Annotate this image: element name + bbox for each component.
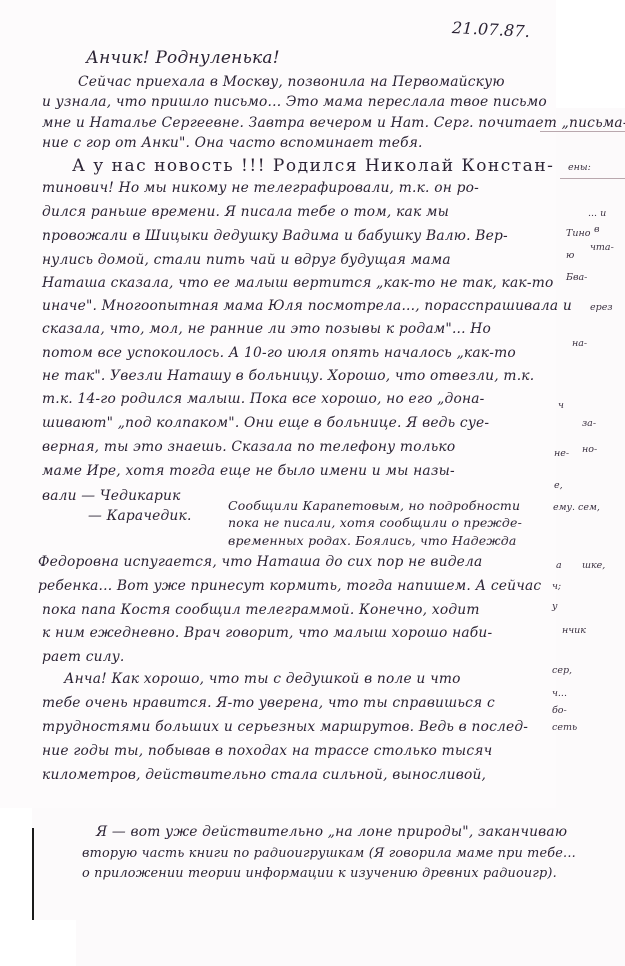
letter-line: — Карачедик. <box>88 510 192 524</box>
letter-line: ние с гор от Анки". Она часто вспоминает… <box>42 137 423 151</box>
letter-line: километров, действительно стала сильной,… <box>42 769 486 783</box>
paper-fold-line <box>540 131 625 132</box>
margin-note: нчик <box>562 625 586 636</box>
letter-line: не так". Увезли Наташу в больницу. Хорош… <box>42 370 534 384</box>
margin-note: ему. сем, <box>553 502 600 513</box>
margin-note: но- <box>582 444 597 455</box>
letter-line: Наташа сказала, что ее малыш вертится „к… <box>42 277 554 291</box>
letter-line: ние годы ты, побывав в походах на трассе… <box>42 745 492 759</box>
letter-line: шивают" „под колпаком". Они еще в больни… <box>42 417 489 431</box>
letter-line: ребенка... Вот уже принесут кормить, тог… <box>38 580 541 594</box>
letter-line: вторую часть книги по радиоигрушкам (Я г… <box>82 848 576 861</box>
letter-line: иначе". Многоопытная мама Юля посмотрела… <box>42 300 572 314</box>
letter-line: и узнала, что пришло письмо... Это мама … <box>42 96 547 110</box>
margin-note: Тино <box>566 228 590 239</box>
letter-line: тебе очень нравится. Я-то уверена, что т… <box>42 697 495 711</box>
letter-line: провожали в Шицыки дедушку Вадима и бабу… <box>42 230 508 244</box>
letter-line: Сообщили Карапетовым, но подробности <box>228 500 520 513</box>
margin-note: не- <box>554 448 569 459</box>
letter-line: нулись домой, стали пить чай и вдруг буд… <box>42 254 451 268</box>
margin-note: а <box>556 560 562 571</box>
margin-note: ерез <box>590 302 613 313</box>
letter-date: 21.07.87. <box>452 20 531 40</box>
letter-line: потом все успокоилось. А 10-го июля опят… <box>42 347 516 361</box>
letter-line: о приложении теории информации к изучени… <box>82 868 557 881</box>
letter-line: верная, ты это знаешь. Сказала по телефо… <box>42 441 455 455</box>
letter-line: вали — Чедикарик <box>42 490 181 504</box>
letter-greeting: Анчик! Роднуленька! <box>86 50 280 67</box>
margin-note: ч <box>558 400 564 411</box>
letter-line: пока папа Костя сообщил телеграммой. Кон… <box>42 604 480 618</box>
margin-note: сер, <box>552 665 572 676</box>
margin-note: бо- <box>552 705 567 716</box>
letter-line: к ним ежедневно. Врач говорит, что малыш… <box>42 627 492 641</box>
letter-line: тинович! Но мы никому не телеграфировали… <box>42 182 479 196</box>
letter-line: пока не писали, хотя сообщили о прежде- <box>228 517 522 530</box>
margin-note: на- <box>572 338 587 349</box>
letter-line: дился раньше времени. Я писала тебе о то… <box>42 206 449 220</box>
scanned-page-bottom-lower <box>76 918 625 966</box>
paper-edge-shadow <box>32 828 34 920</box>
margin-note: сеть <box>552 722 577 733</box>
margin-note: за- <box>582 418 596 429</box>
margin-note: ч... <box>552 688 567 699</box>
letter-line: Сейчас приехала в Москву, позвонила на П… <box>78 76 505 90</box>
margin-note: ч; <box>552 581 561 592</box>
margin-note: у <box>552 601 558 612</box>
margin-note: е, <box>554 480 563 491</box>
margin-note: ены: <box>568 162 591 173</box>
letter-line: мне и Наталье Сергеевне. Завтра вечером … <box>42 117 625 131</box>
margin-note: ... и <box>588 208 606 219</box>
letter-line: временных родах. Боялись, что Надежда <box>228 535 517 548</box>
margin-note: шке, <box>582 560 605 571</box>
letter-line: т.к. 14-го родился малыш. Пока все хорош… <box>42 393 485 407</box>
letter-line: Я — вот уже действительно „на лоне приро… <box>96 826 567 840</box>
margin-note: ю <box>566 250 574 261</box>
letter-line: А у нас новость !!! Родился Николай Конс… <box>72 158 554 175</box>
letter-line: Федоровна испугается, что Наташа до сих … <box>38 556 482 570</box>
paper-fold-line <box>560 178 625 179</box>
margin-note: в <box>594 224 600 235</box>
letter-line: сказала, что, мол, не ранние ли это позы… <box>42 323 491 337</box>
letter-line: маме Ире, хотя тогда еще не было имени и… <box>42 465 455 479</box>
letter-line: Анча! Как хорошо, что ты с дедушкой в по… <box>64 673 461 687</box>
letter-line: трудностями больших и серьезных маршруто… <box>42 721 528 735</box>
margin-note: чта- <box>590 242 614 253</box>
margin-note: Бва- <box>566 272 587 283</box>
letter-line: рает силу. <box>42 651 124 665</box>
